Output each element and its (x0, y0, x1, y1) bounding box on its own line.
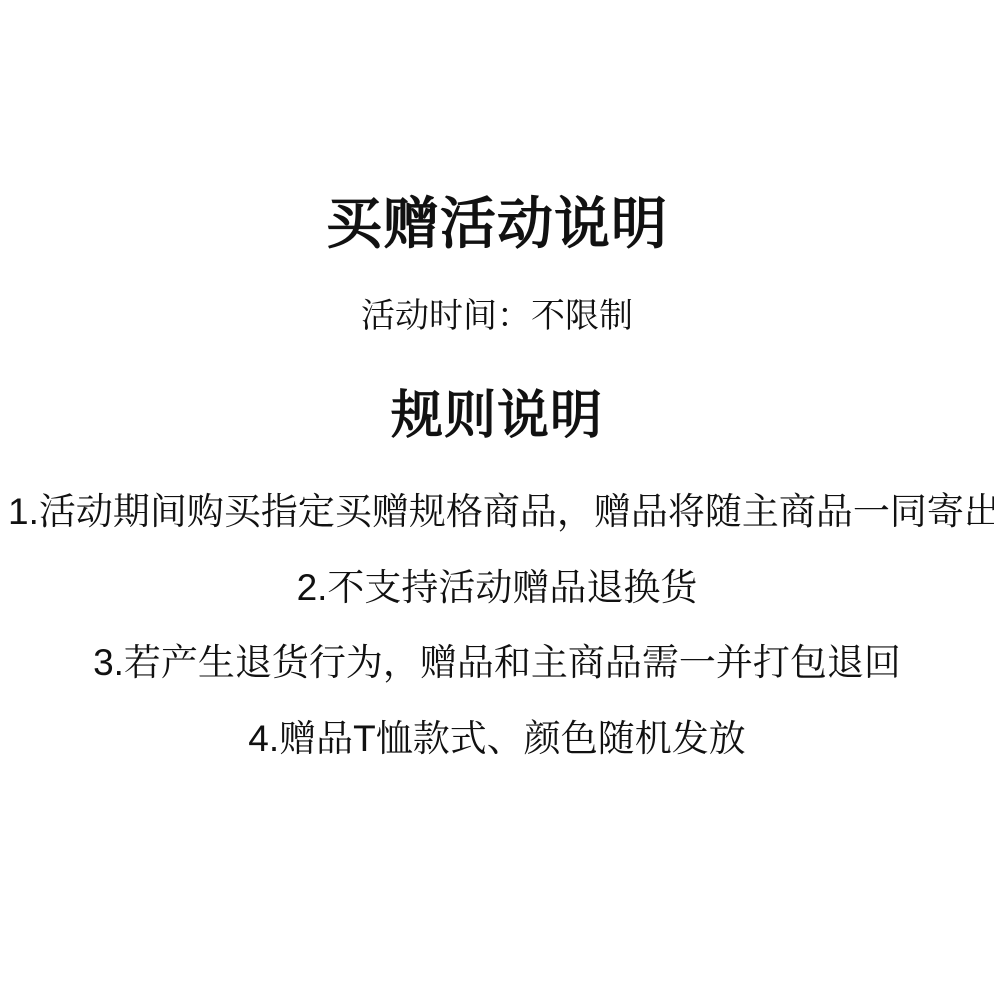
promo-notice: 买赠活动说明 活动时间：不限制 规则说明 1.活动期间购买指定买赠规格商品，赠品… (0, 0, 994, 994)
rule-item-2: 2.不支持活动赠品退换货 (8, 568, 986, 609)
rule-item-1: 1.活动期间购买指定买赠规格商品，赠品将随主商品一同寄出 (8, 492, 986, 533)
rules-list: 1.活动期间购买指定买赠规格商品，赠品将随主商品一同寄出 2.不支持活动赠品退换… (0, 492, 994, 795)
rule-item-4: 4.赠品T恤款式、颜色随机发放 (8, 719, 986, 760)
activity-time-text: 活动时间：不限制 (361, 299, 633, 333)
rules-heading: 规则说明 (391, 390, 603, 442)
page-title: 买赠活动说明 (326, 196, 668, 252)
rule-item-3: 3.若产生退货行为，赠品和主商品需一并打包退回 (8, 643, 986, 684)
